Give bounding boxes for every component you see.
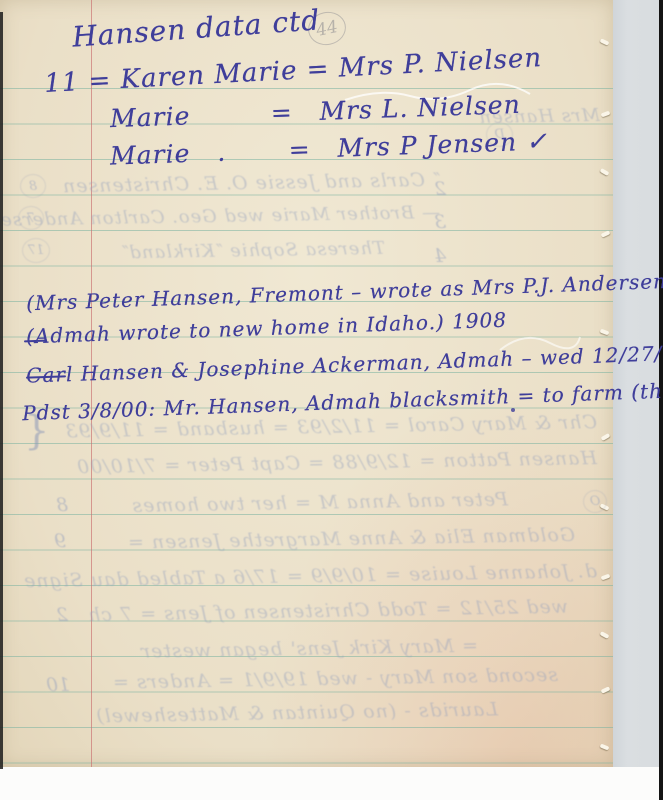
stitch-mark — [600, 631, 610, 639]
ghost-circled-number: 8 — [20, 174, 46, 198]
ghost-circled-letter: O — [583, 490, 607, 513]
stitch-mark — [600, 38, 610, 45]
ghost-line: d. Johanne Louise = 10/9/9 = 17/6 a Tabl… — [42, 560, 597, 592]
scanner-background-bottom — [0, 767, 663, 800]
ghost-line: Laurids - (no Quintan & Matteshewel) — [78, 698, 498, 727]
notebook-paper: 44 Mrs Hansen ″ Carls and Jessie O. E. C… — [0, 0, 613, 767]
stitch-mark — [601, 686, 611, 693]
ghost-margin-number: 2 — [434, 178, 446, 200]
ink-speck — [511, 408, 515, 412]
handwriting-title: Hansen data ctd — [71, 3, 321, 53]
ghost-circled-number: 17 — [22, 238, 50, 263]
handwriting-line-karen-marie: 11 = Karen Marie = Mrs P. Nielsen — [44, 43, 543, 99]
ghost-margin-number: 3 — [434, 211, 446, 233]
handwriting-line-mrs-peter-hansen: (Mrs Peter Hansen, Fremont – wrote as Mr… — [26, 269, 663, 316]
handwriting-line-carl-josephine: Carl Hansen & Josephine Ackerman, Admah … — [26, 340, 663, 387]
ghost-margin-number: 4 — [434, 245, 446, 267]
stitch-mark — [601, 574, 611, 581]
stitch-mark — [600, 743, 610, 750]
handwriting-line-marie-nielsen: Marie = Mrs L. Nielsen — [110, 90, 522, 133]
stitch-mark — [601, 111, 611, 118]
stitch-mark — [600, 329, 610, 336]
handwriting-line-marie-jensen: Marie . = Mrs P Jensen ✓ — [110, 126, 549, 170]
ghost-line: = Mary Kirk Jens' began wester — [98, 635, 478, 664]
ghost-margin-number: 8 — [56, 494, 68, 516]
ghost-line: ″ Carls and Jessie O. E. Christensen — [60, 169, 440, 198]
ghost-line: Peter and Anna M = her two homes — [88, 488, 508, 517]
ghost-line: wed 25/12 = Todd Christensen of Jens = 7… — [68, 596, 568, 627]
ghost-line: Theresa Sophie ″Kirkland″ — [130, 238, 385, 263]
ghost-line: Goldman Elia & Anne Margrethe Jensen = — [95, 524, 575, 554]
ghost-circled-number: 7 — [18, 206, 44, 230]
handwriting-line-admah-idaho: (Admah wrote to new home in Idaho.) 1908 — [26, 308, 508, 349]
scan-edge-left — [0, 12, 3, 769]
ghost-margin-number: 10 — [46, 674, 70, 696]
scanned-notebook-page: 44 Mrs Hansen ″ Carls and Jessie O. E. C… — [0, 0, 663, 800]
ghost-margin-number: 2 — [56, 604, 68, 626]
ghost-line: Hansen Patton = 12/9/88 = Capt Peter = 7… — [32, 447, 597, 479]
stitch-mark — [601, 433, 611, 441]
ghost-margin-number: 9 — [54, 530, 66, 552]
stitch-mark — [601, 230, 611, 237]
ghost-line: — Brother Marie wed Geo. Carlton Anderse… — [95, 202, 440, 229]
stitch-mark — [600, 168, 610, 176]
ghost-line: second son Mary - wed 19/9/1 = Anders = — [78, 664, 558, 694]
